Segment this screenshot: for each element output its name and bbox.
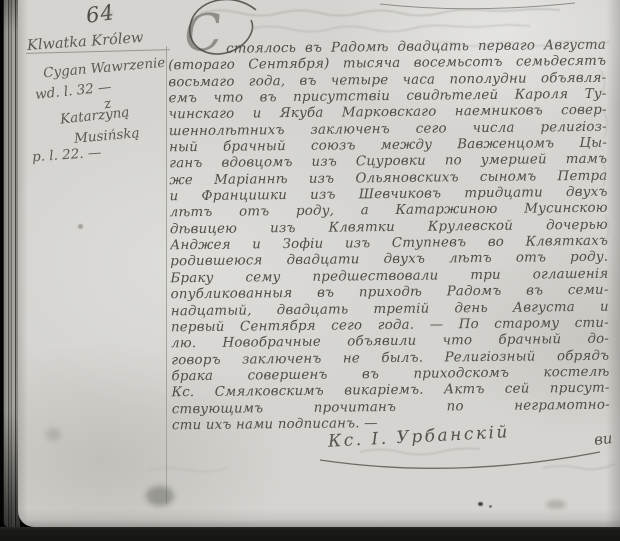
margin-annotation-line: p. l. 22. —	[32, 145, 102, 166]
scanned-register-photo: { "page": { "entry_number": "64", "margi…	[0, 0, 620, 541]
margin-annotation: Klwatka KrólewCygan Wawrzeniewd. l. 32 —…	[18, 0, 168, 200]
stain	[546, 500, 566, 509]
signature-flourish-tail: ви	[593, 429, 613, 449]
stain	[489, 505, 492, 508]
document-scan: 64 Klwatka KrólewCygan Wawrzeniewd. l. 3…	[0, 0, 620, 541]
margin-annotation-line: Cygan Wawrzenie	[43, 55, 166, 82]
stain	[78, 224, 83, 229]
stain	[146, 486, 174, 506]
register-page: 64 Klwatka KrólewCygan Wawrzeniewd. l. 3…	[18, 0, 620, 527]
margin-annotation-line: wd. l. 32 —	[34, 79, 112, 103]
margin-annotation-line: Klwatka Królew	[27, 30, 144, 54]
signature-underline	[320, 452, 600, 468]
margin-annotation-line: Musińską	[73, 125, 140, 147]
desk-leather-band	[0, 527, 620, 541]
margin-annotation-line: Katarzyną	[59, 104, 130, 127]
stain	[46, 428, 61, 441]
stain	[478, 502, 483, 506]
previous-entry-flourish	[380, 3, 575, 9]
record-body-text: стоялось въ Радомѣ двадцать перваго Авгу…	[168, 38, 610, 435]
